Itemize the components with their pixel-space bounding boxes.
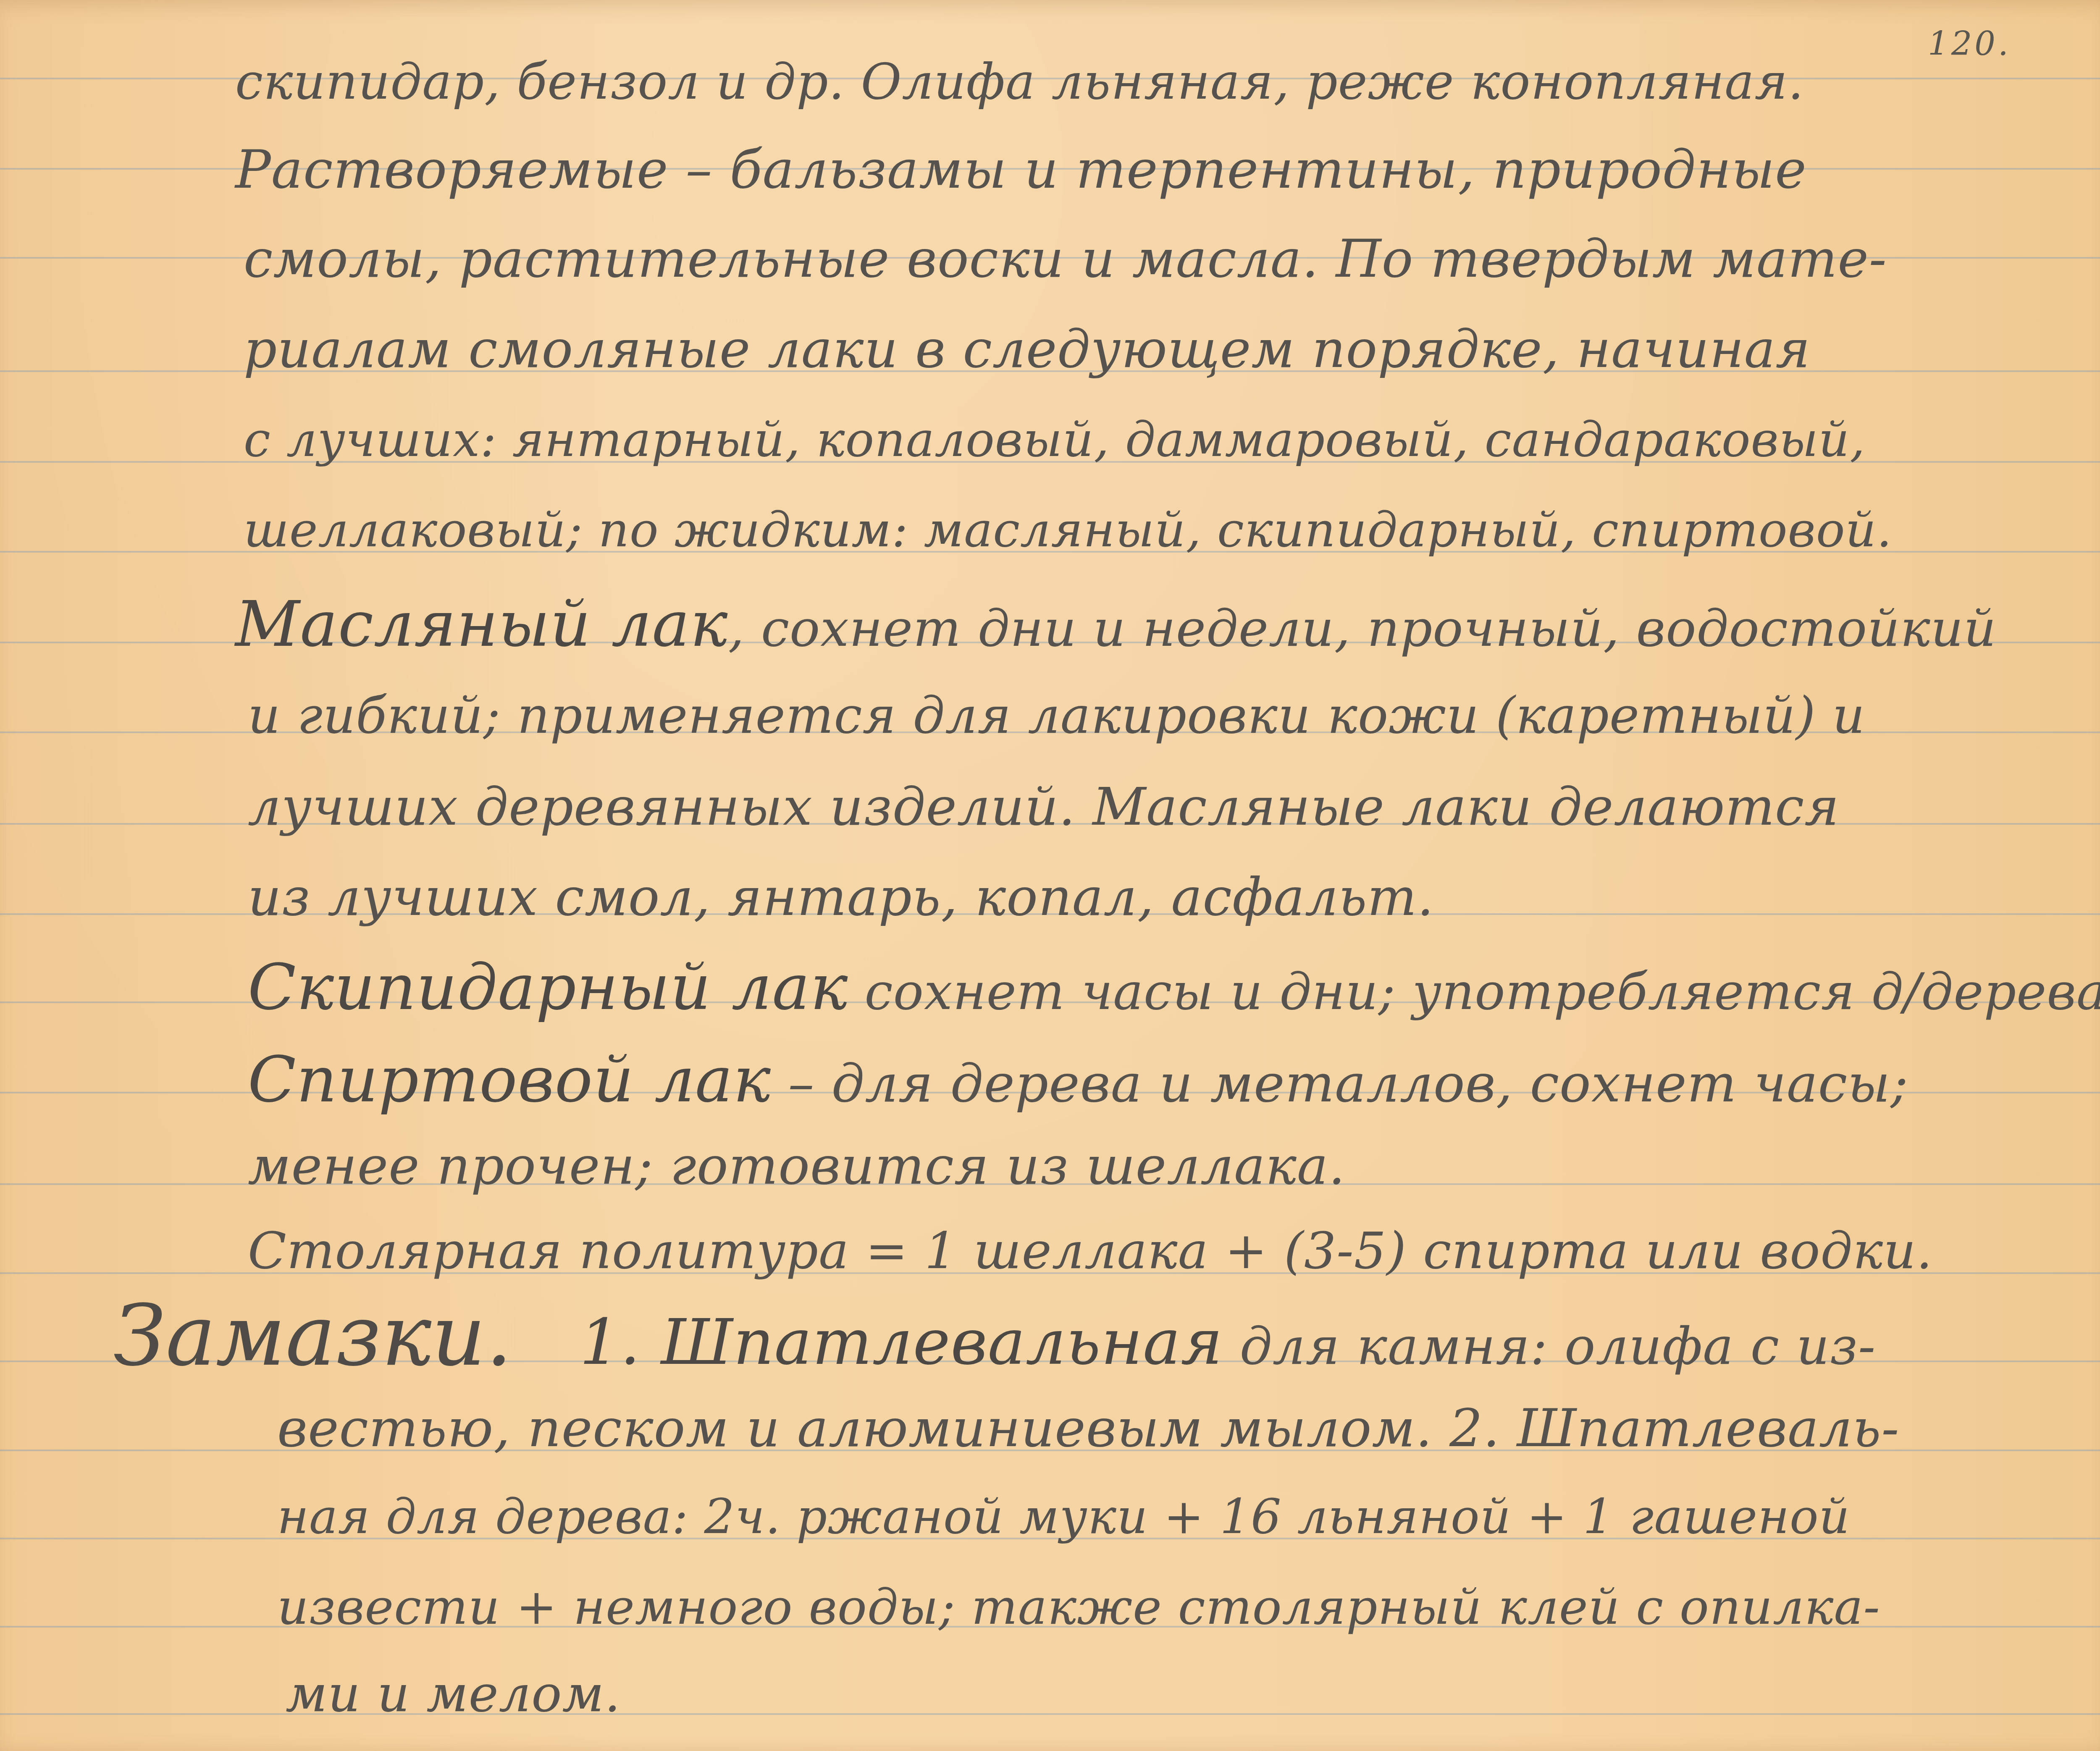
putties-heading: Замазки.	[113, 1287, 512, 1385]
section-text: сохнет часы и дни; употребляется д/дерев…	[848, 963, 2100, 1021]
section-title: Спиртовой лак	[248, 1043, 771, 1117]
text-line: лучших деревянных изделий. Масляные лаки…	[248, 777, 1840, 837]
notebook-page: 120. скипидар, бензол и др. Олифа льняна…	[0, 0, 2100, 1751]
text-line: шеллаковый; по жидким: масляный, скипида…	[244, 502, 1892, 558]
section-oil-lacquer: Масляный лак, сохнет дни и недели, прочн…	[235, 588, 1997, 661]
section-turpentine-lacquer: Скипидарный лак сохнет часы и дни; употр…	[248, 951, 2100, 1024]
text-line: менее прочен; готовится из шеллака.	[248, 1136, 1345, 1196]
section-title: Скипидарный лак	[248, 951, 848, 1024]
text-line: извести + немного воды; также столярный …	[277, 1579, 1880, 1636]
text-line: ми и мелом.	[286, 1665, 621, 1723]
page-number: 120.	[1928, 25, 2011, 63]
putty-item-text: для камня: олифа с из-	[1223, 1316, 1876, 1376]
putty-item-label: 1. Шпатлевальная	[580, 1306, 1223, 1379]
text-line: и гибкий; применяется для лакировки кожи…	[248, 687, 1865, 745]
section-text: = 1 шеллака + (3-5) спирта или водки.	[849, 1222, 1933, 1280]
text-line: риалам смоляные лаки в следующем порядке…	[244, 319, 1811, 380]
section-text: , сохнет дни и недели, прочный, водостой…	[728, 600, 1997, 658]
text-line: с лучших: янтарный, копаловый, даммаровы…	[244, 412, 1865, 467]
putty-item-1: 1. Шпатлевальная для камня: олифа с из-	[580, 1306, 1876, 1379]
text-line: скипидар, бензол и др. Олифа льняная, ре…	[235, 52, 1804, 110]
section-title: Столярная политура	[248, 1222, 849, 1280]
section-french-polish: Столярная политура = 1 шеллака + (3-5) с…	[248, 1222, 1933, 1280]
text-line: ная для дерева: 2ч. ржаной муки + 16 льн…	[277, 1489, 1850, 1544]
text-line: вестью, песком и алюминиевым мылом. 2. Ш…	[277, 1398, 1899, 1459]
section-text: – для дерева и металлов, сохнет часы;	[771, 1054, 1908, 1114]
section-title: Масляный лак	[235, 588, 728, 661]
text-line: Растворяемые – бальзамы и терпентины, пр…	[235, 139, 1807, 200]
text-line: из лучших смол, янтарь, копал, асфальт.	[248, 867, 1434, 928]
text-line: смолы, растительные воски и масла. По тв…	[244, 229, 1887, 289]
section-spirit-lacquer: Спиртовой лак – для дерева и металлов, с…	[248, 1043, 1908, 1117]
